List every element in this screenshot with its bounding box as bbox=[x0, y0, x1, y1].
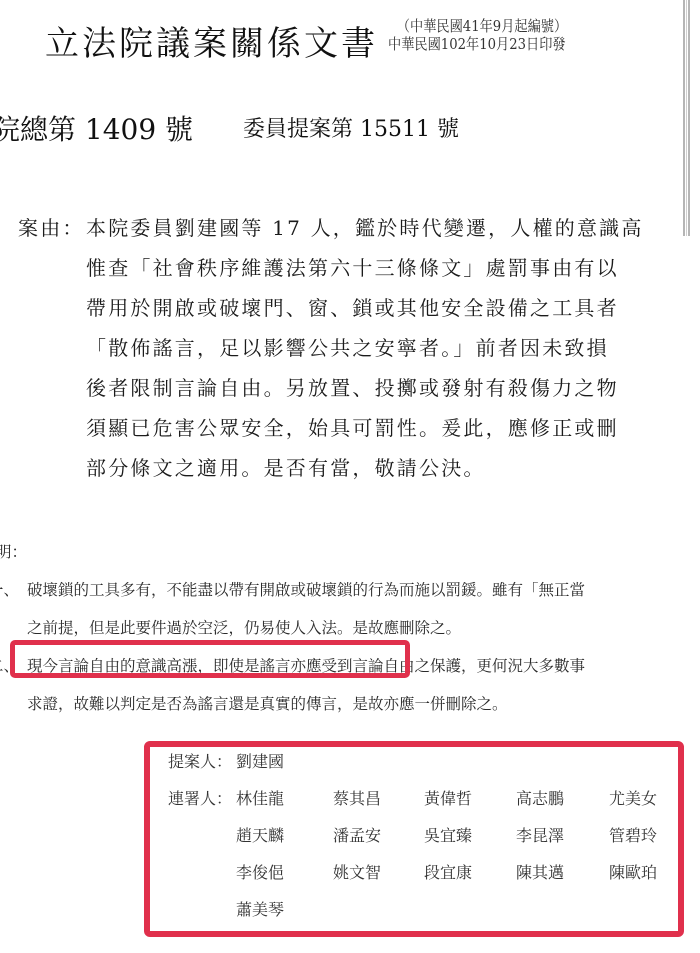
document-title: 立法院議案關係文書 bbox=[45, 16, 378, 65]
case-reason-line: 本院委員劉建國等 17 人，鑑於時代變遷，人權的意識高 bbox=[86, 208, 644, 248]
print-date: 中華民國102年10月23日印發 bbox=[388, 35, 567, 53]
proposer-name: 劉建國 bbox=[236, 745, 284, 781]
cosigner-name: 李俊俋 bbox=[236, 856, 284, 892]
cosigner-name: 吳宜臻 bbox=[424, 819, 472, 855]
page-edge-divider bbox=[683, 0, 690, 236]
case-reason: 案由：本院委員劉建國等 17 人，鑑於時代變遷，人權的意識高 惟查「社會秩序維護… bbox=[18, 208, 700, 488]
cosigner-name: 李昆澤 bbox=[516, 819, 564, 855]
member-proposal-number: 委員提案第 15511 號 bbox=[243, 112, 459, 143]
case-reason-line: 「散佈謠言，足以影響公共之安寧者。」前者因未致損 bbox=[86, 328, 609, 368]
explanation-heading: 明： bbox=[0, 534, 27, 572]
case-reason-line: 須顯已危害公眾安全，始具可罰性。爰此，應修正或刪 bbox=[86, 408, 619, 448]
numbering-note: （中華民國41年9月起編號） bbox=[388, 17, 567, 35]
cosigner-name: 姚文智 bbox=[333, 856, 381, 892]
cosigner-name: 段宜康 bbox=[424, 856, 472, 892]
cosigner-name: 趙天麟 bbox=[236, 819, 284, 855]
cosigner-label: 連署人： bbox=[168, 782, 232, 818]
explanation-line: 求證，故難以判定是否為謠言還是真實的傳言，是故亦應一併刪除之。 bbox=[27, 686, 508, 724]
cosigner-name: 陳歐珀 bbox=[609, 856, 657, 892]
cosigner-name: 尤美女 bbox=[609, 782, 657, 818]
case-reason-line: 後者限制言論自由。另放置、投擲或發射有殺傷力之物 bbox=[86, 368, 619, 408]
proposer-label: 提案人： bbox=[168, 745, 232, 781]
document-meta: （中華民國41年9月起編號） 中華民國102年10月23日印發 bbox=[388, 17, 567, 53]
general-number: 院總第 1409 號 bbox=[0, 108, 193, 148]
case-reason-label: 案由： bbox=[18, 208, 85, 248]
case-reason-line: 惟查「社會秩序維護法第六十三條條文」處罰事由有以 bbox=[86, 248, 619, 288]
cosigner-name: 蔡其昌 bbox=[333, 782, 381, 818]
cosigner-name: 陳其邁 bbox=[516, 856, 564, 892]
cosigner-name: 管碧玲 bbox=[609, 819, 657, 855]
explanation-line: 破壞鎖的工具多有，不能盡以帶有開啟或破壞鎖的行為而施以罰鍰。雖有「無正當 bbox=[27, 572, 585, 610]
case-reason-line: 部分條文之適用。是否有當，敬請公決。 bbox=[86, 448, 486, 488]
item-index: 一、 bbox=[0, 572, 19, 610]
explanation-text: ，更何況大多數事 bbox=[461, 658, 585, 675]
case-reason-line: 帶用於開啟或破壞門、窗、鎖或其他安全設備之工具者 bbox=[86, 288, 619, 328]
cosigner-name: 蕭美琴 bbox=[236, 893, 284, 929]
cosigner-name: 林佳龍 bbox=[236, 782, 284, 818]
highlight-annotation-box bbox=[10, 640, 410, 678]
cosigner-name: 高志鵬 bbox=[516, 782, 564, 818]
explanation-section: 明： 一、 破壞鎖的工具多有，不能盡以帶有開啟或破壞鎖的行為而施以罰鍰。雖有「無… bbox=[0, 534, 700, 724]
cosigner-name: 黃偉哲 bbox=[424, 782, 472, 818]
cosigner-name: 潘孟安 bbox=[333, 819, 381, 855]
